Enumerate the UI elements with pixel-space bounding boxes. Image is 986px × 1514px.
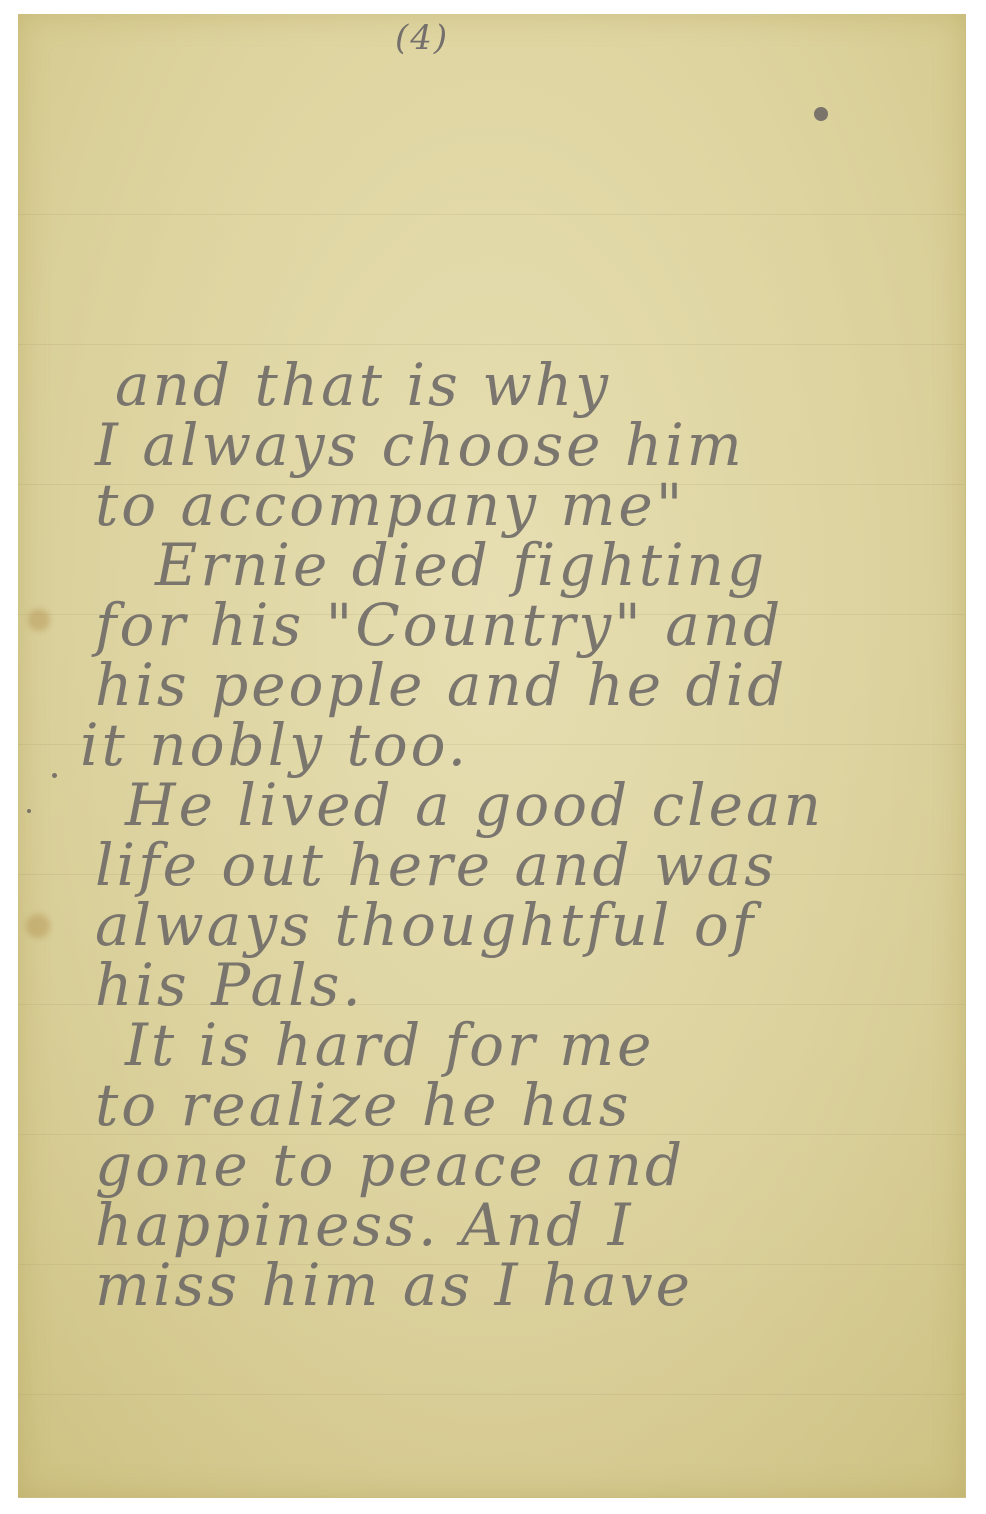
text-line: It is hard for me: [95, 1015, 955, 1075]
text-line: always thoughtful of: [95, 895, 955, 955]
ruled-line: [18, 214, 965, 215]
ruled-line: [18, 344, 965, 345]
text-line: Ernie died fighting: [95, 535, 955, 595]
ink-spot: [27, 809, 31, 813]
text-line: his people and he did: [95, 655, 955, 715]
text-line: I always choose him: [95, 415, 955, 475]
text-line: gone to peace and: [95, 1135, 955, 1195]
text-line: for his "Country" and: [95, 595, 955, 655]
stain-spot: [26, 914, 50, 938]
text-line: He lived a good clean: [95, 775, 955, 835]
text-line: and that is why: [115, 355, 955, 415]
page-number: (4): [395, 18, 449, 58]
ink-spot: [52, 773, 57, 778]
letter-text: and that is why I always choose him to a…: [95, 355, 955, 1315]
ink-spot: [814, 107, 828, 121]
text-line: miss him as I have: [95, 1255, 955, 1315]
text-line: his Pals.: [95, 955, 955, 1015]
text-line: happiness. And I: [95, 1195, 955, 1255]
text-line: it nobly too.: [80, 715, 955, 775]
text-line: to realize he has: [95, 1075, 955, 1135]
ruled-line: [18, 1394, 965, 1395]
text-line: life out here and was: [95, 835, 955, 895]
text-line: to accompany me": [95, 475, 955, 535]
stain-spot: [28, 609, 50, 631]
